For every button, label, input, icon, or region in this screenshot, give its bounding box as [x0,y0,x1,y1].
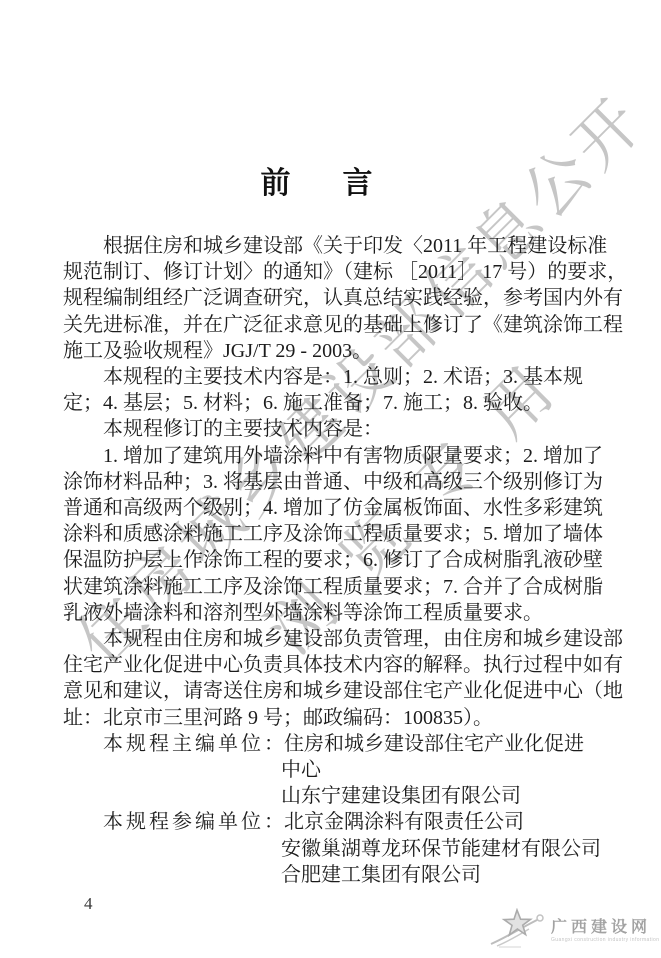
body-line: 保温防护层上作涂饰工程的要求；6. 修订了合成树脂乳液砂壁 [63,547,627,573]
body-line: 本规程修订的主要技术内容是： [63,416,627,442]
title-char: 言 [343,158,373,202]
body-line: 普通和高级两个级别；4. 增加了仿金属板饰面、水性多彩建筑 [63,495,627,521]
body-line: 安徽巢湖尊龙环保节能建材有限公司 [63,836,627,862]
body-line: 合肥建工集团有限公司 [63,862,627,888]
body-line: 乳液外墙涂料和溶剂型外墙涂料等涂饰工程质量要求。 [63,600,627,626]
body-line: 涂料和质感涂料施工工序及涂饰工程质量要求；5. 增加了墙体 [63,521,627,547]
site-logo: 广西建设网 Guangxi construction industry info… [485,892,655,954]
body-line: 规范制订、修订计划〉的通知》（建标 ［2011］ 17 号）的要求， [63,259,627,285]
body-line: 规程编制组经广泛调查研究，认真总结实践经验，参考国内外有 [63,285,627,311]
unit-label: 本规程参编单位 [103,811,264,833]
site-logo-text: 广西建设网 [551,914,651,937]
body-line: 住宅产业化促进中心负责具体技术内容的解释。执行过程中如有 [63,652,627,678]
body-line: 1. 增加了建筑用外墙涂料中有害物质限量要求；2. 增加了 [63,443,627,469]
page-title: 前 言 [0,158,633,202]
body-line: 施工及验收规程》JGJ/T 29 - 2003。 [63,338,627,364]
unit-label: 本规程主编单位 [103,733,264,755]
body-line: 本规程主编单位：住房和城乡建设部住宅产业化促进 [63,731,627,757]
site-logo-tagline: Guangxi construction industry informatio… [551,937,661,943]
body-line: 涂饰材料品种；3. 将基层由普通、中级和高级三个级别修订为 [63,469,627,495]
body-line: 山东宁建建设集团有限公司 [63,783,627,809]
shooting-star-icon [487,908,549,953]
body-text: 根据住房和城乡建设部《关于印发〈2011 年工程建设标准规范制订、修订计划〉的通… [63,233,627,888]
body-line: 根据住房和城乡建设部《关于印发〈2011 年工程建设标准 [63,233,627,259]
title-char: 前 [261,158,291,202]
document-page: 住房城乡建设部信息公开 浏览专用 前 言 根据住房和城乡建设部《关于印发〈201… [0,0,661,958]
body-line: 本规程由住房和城乡建设部负责管理，由住房和城乡建设部 [63,626,627,652]
body-line: 状建筑涂料施工工序及涂饰工程质量要求；7. 合并了合成树脂 [63,574,627,600]
body-line: 中心 [63,757,627,783]
body-line: 址：北京市三里河路 9 号；邮政编码：100835）。 [63,705,627,731]
page-number: 4 [84,894,93,914]
body-line: 定；4. 基层；5. 材料；6. 施工准备；7. 施工；8. 验收。 [63,390,627,416]
body-line: 本规程参编单位：北京金隅涂料有限责任公司 [63,809,627,835]
body-line: 意见和建议，请寄送住房和城乡建设部住宅产业化促进中心（地 [63,678,627,704]
body-line: 本规程的主要技术内容是：1. 总则；2. 术语；3. 基本规 [63,364,627,390]
body-line: 关先进标准，并在广泛征求意见的基础上修订了《建筑涂饰工程 [63,312,627,338]
